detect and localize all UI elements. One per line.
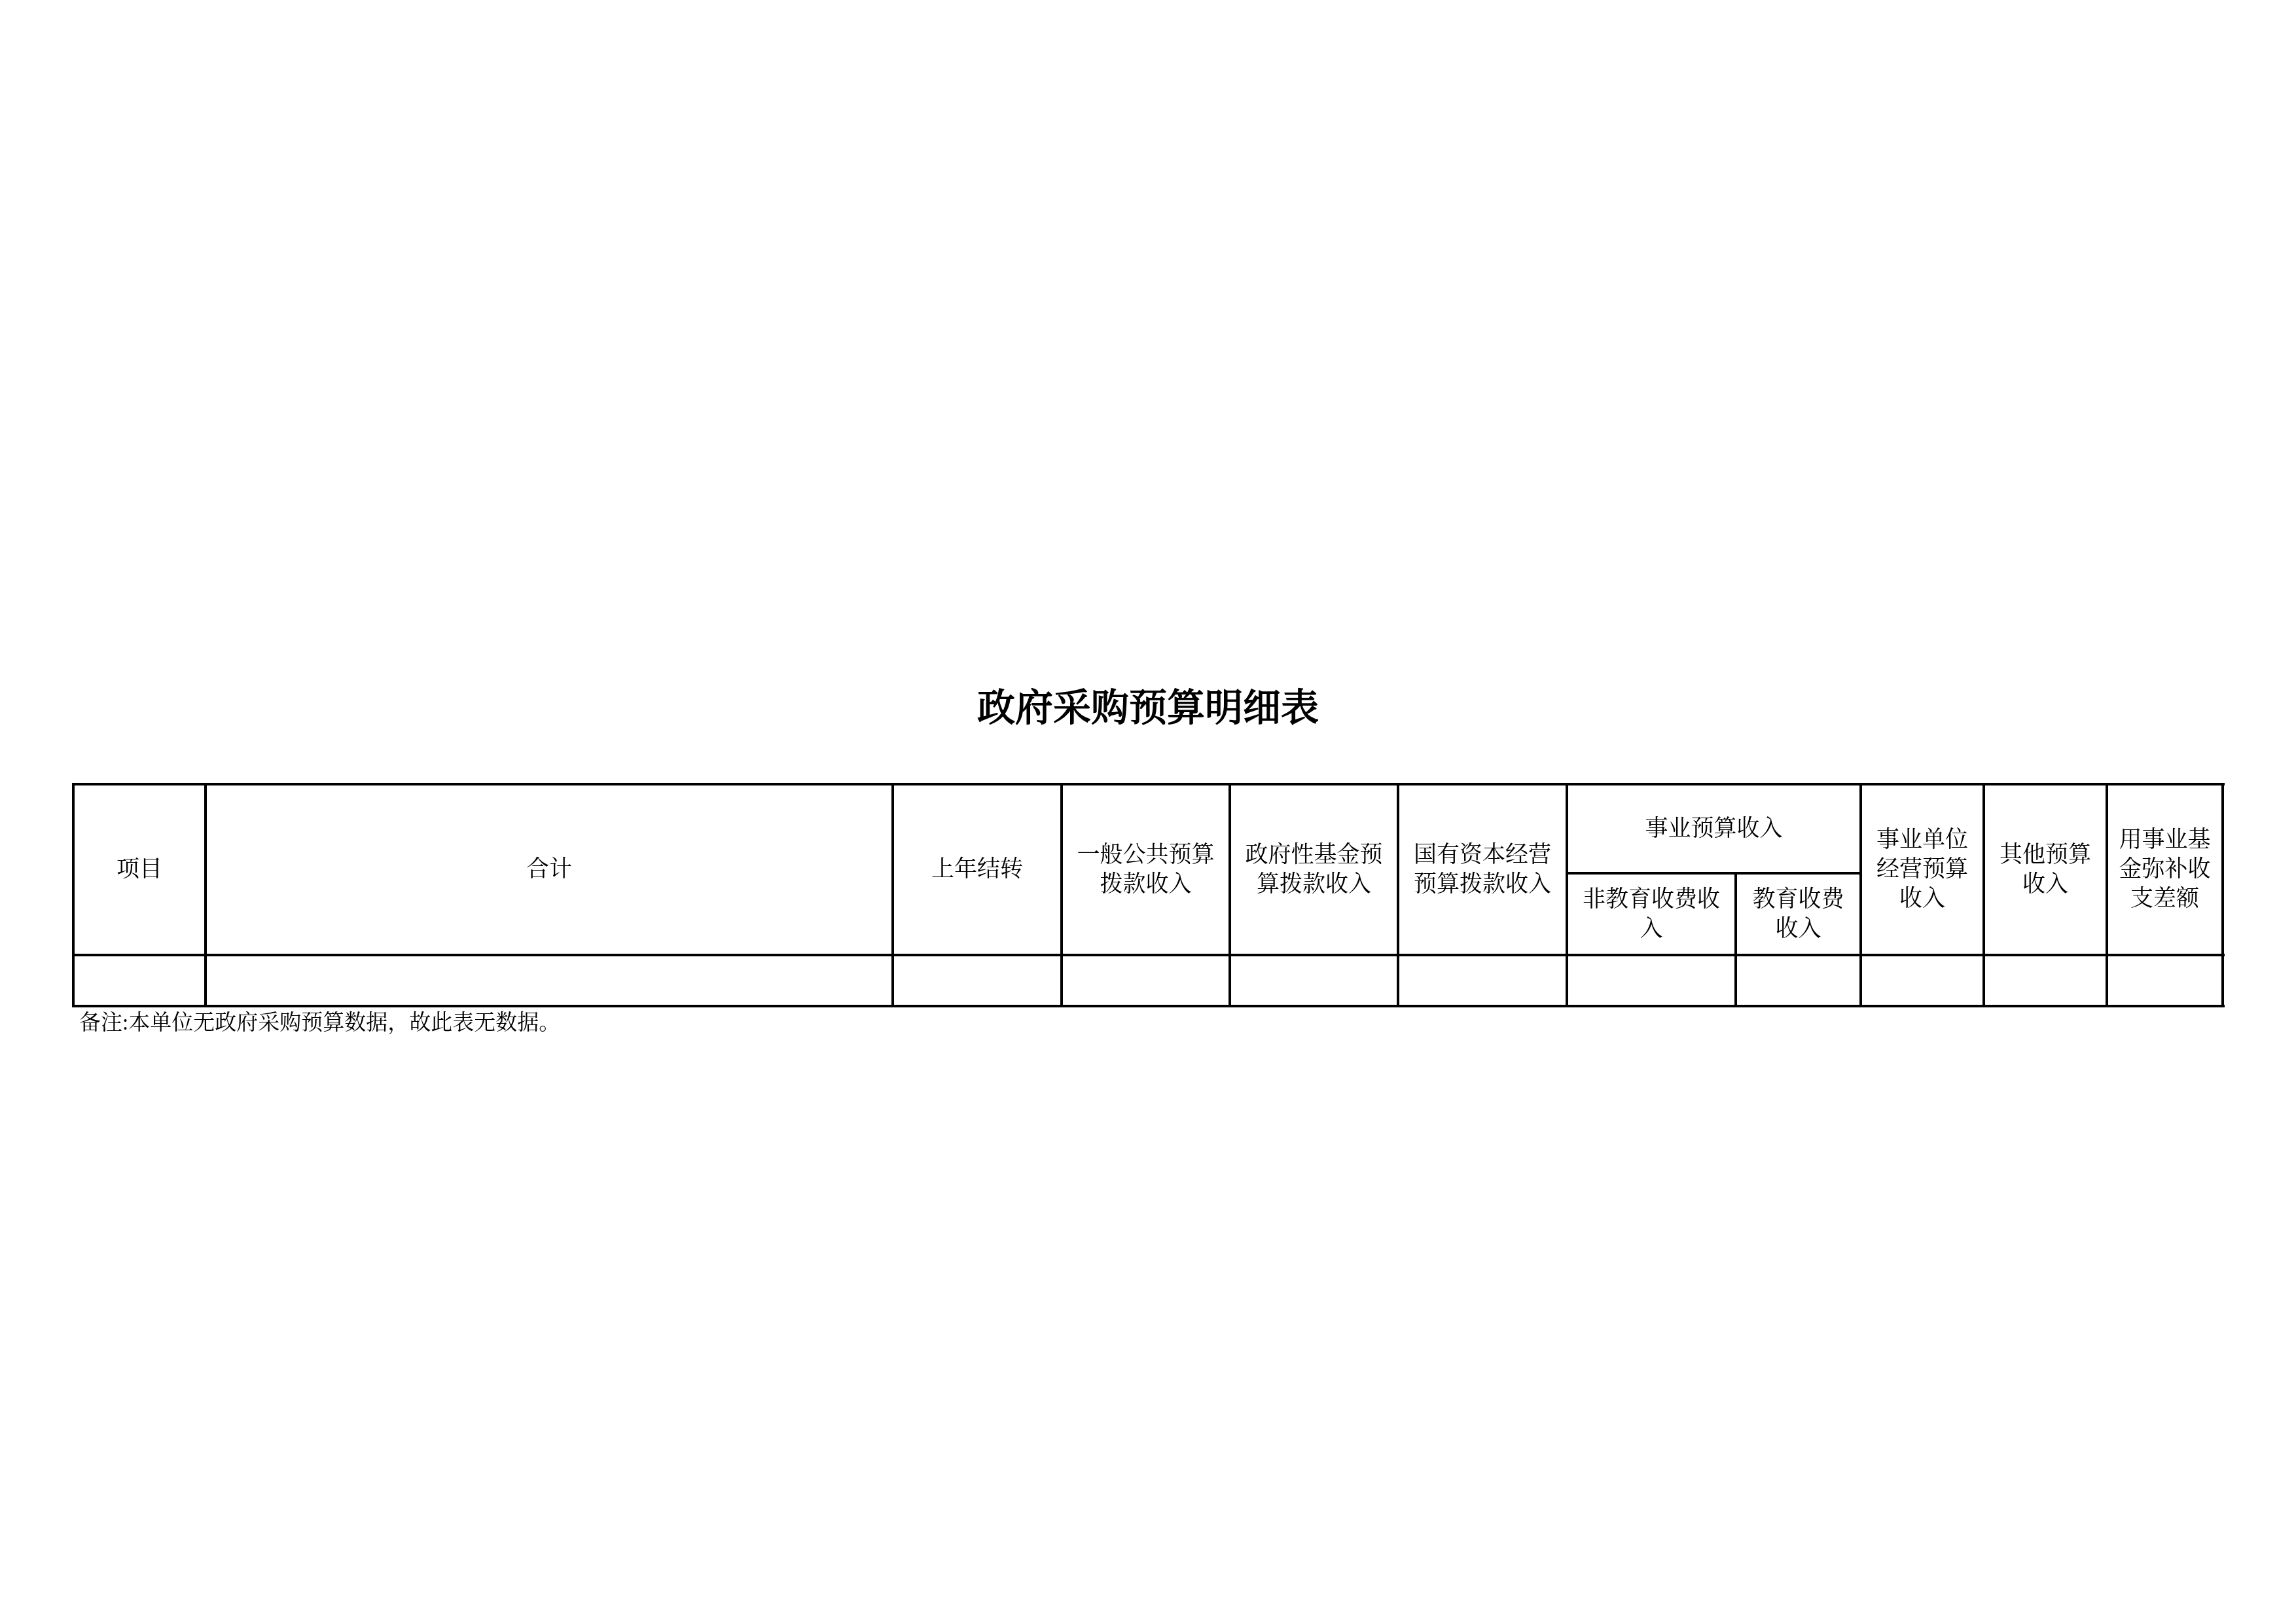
header-institution-operating-budget-label: 事业单位经营预算收入	[1873, 825, 1972, 914]
header-other-budget-label: 其他预算收入	[1996, 840, 2095, 899]
government-procurement-budget-table: 项目 合计 上年结转 一般公共预算拨款收入 政府性基金预算拨款收入 国有资本经营…	[0, 0, 2296, 1624]
header-education-fee-label: 教育收费收入	[1750, 885, 1846, 944]
table-row-general-public-budget	[1062, 955, 1230, 1006]
header-item-label: 项目	[117, 855, 162, 884]
table-row-item	[73, 955, 206, 1006]
column-divider	[2106, 783, 2108, 1007]
header-item: 项目	[73, 784, 206, 955]
header-education-fee: 教育收费收入	[1736, 873, 1861, 955]
table-row-state-capital-budget	[1398, 955, 1567, 1006]
header-total-label: 合计	[526, 855, 572, 884]
table-row-institution-operating-budget	[1861, 955, 1984, 1006]
header-general-public-budget-label: 一般公共预算拨款收入	[1071, 840, 1221, 899]
column-divider	[1229, 783, 1231, 1007]
header-state-capital-budget: 国有资本经营预算拨款收入	[1398, 784, 1567, 955]
table-row-non-education-fee	[1567, 955, 1736, 1006]
table-row-gov-fund-budget	[1230, 955, 1398, 1006]
header-divider	[72, 954, 2225, 956]
header-fund-balance-supplement: 用事业基金弥补收支差额	[2107, 784, 2223, 955]
table-row-other-budget	[1984, 955, 2107, 1006]
header-total: 合计	[206, 784, 893, 955]
table-row-carryover	[893, 955, 1062, 1006]
subheader-divider	[1566, 872, 1862, 875]
column-divider	[1982, 783, 1985, 1007]
footnote: 备注:本单位无政府采购预算数据，故此表无数据。	[79, 1010, 560, 1036]
header-institution-operating-budget: 事业单位经营预算收入	[1861, 784, 1984, 955]
column-divider	[1060, 783, 1063, 1007]
column-divider	[1859, 783, 1862, 1007]
header-non-education-fee: 非教育收费收入	[1567, 873, 1736, 955]
header-business-budget-group-label: 事业预算收入	[1645, 814, 1782, 844]
header-carryover: 上年结转	[893, 784, 1062, 955]
table-border-right	[2221, 783, 2224, 1007]
table-row-education-fee	[1736, 955, 1861, 1006]
column-divider	[1397, 783, 1399, 1007]
header-state-capital-budget-label: 国有资本经营预算拨款收入	[1407, 840, 1558, 899]
header-non-education-fee-label: 非教育收费收入	[1576, 885, 1727, 944]
column-divider	[891, 783, 894, 1007]
header-gov-fund-budget-label: 政府性基金预算拨款收入	[1239, 840, 1389, 899]
header-business-budget-group: 事业预算收入	[1567, 784, 1861, 873]
header-gov-fund-budget: 政府性基金预算拨款收入	[1230, 784, 1398, 955]
table-row-fund-balance-supplement	[2107, 955, 2223, 1006]
table-border-left	[72, 783, 75, 1007]
table-row-total	[206, 955, 893, 1006]
table-border-bottom	[72, 1005, 2225, 1007]
header-carryover-label: 上年结转	[931, 855, 1023, 884]
header-general-public-budget: 一般公共预算拨款收入	[1062, 784, 1230, 955]
column-divider	[204, 783, 207, 1007]
header-fund-balance-supplement-label: 用事业基金弥补收支差额	[2119, 825, 2211, 914]
table-border-top	[72, 783, 2225, 785]
column-divider	[1734, 872, 1737, 1007]
header-other-budget: 其他预算收入	[1984, 784, 2107, 955]
column-divider	[1566, 783, 1568, 1007]
